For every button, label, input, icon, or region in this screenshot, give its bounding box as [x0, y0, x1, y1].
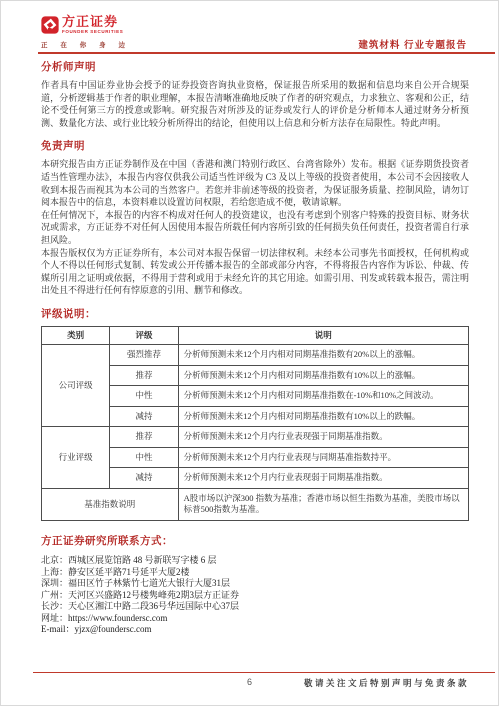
table-row: 基准指数说明 A股市场以沪深300 指数为基准；香港市场以恒生指数为基准，美股市… [42, 488, 469, 520]
category-cell-benchmark: 基准指数说明 [42, 488, 179, 520]
rating-cell: 减持 [110, 468, 178, 489]
contact-line-website: 网址：https://www.foundersc.com [41, 613, 469, 625]
rating-table-header-category: 类别 [42, 326, 110, 345]
slogan-char: 身 [99, 40, 106, 49]
table-row: 行业评级 推荐 分析师预测未来12个月内行业表现强于同期基准指数。 [42, 427, 469, 448]
founder-securities-logo-icon [41, 16, 59, 34]
brand-name-en: FOUNDER SECURITIES [62, 29, 123, 35]
page-footer: 6 敬请关注文后特别声明与免责条款 [1, 677, 498, 691]
slogan-char: 你 [80, 40, 87, 49]
disclaimer-title: 免责声明 [41, 138, 469, 153]
rating-cell: 推荐 [110, 427, 178, 448]
contact-line-changsha: 长沙：天心区湘江中路二段36号华远国际中心37层 [41, 601, 469, 613]
report-category-tag: 建筑材料 行业专题报告 [358, 37, 467, 51]
rating-cell: 推荐 [110, 365, 178, 386]
contact-line-shenzhen: 深圳：福田区竹子林紫竹七道光大银行大厦31层 [41, 578, 469, 590]
desc-cell: 分析师预测未来12个月内行业表现与同期基准指数持平。 [178, 447, 468, 468]
brand-name-cn: 方正证券 [62, 15, 123, 29]
desc-cell: 分析师预测未来12个月内相对同期基准指数有10%以上的跌幅。 [178, 406, 468, 427]
category-cell-industry: 行业评级 [42, 427, 110, 489]
table-row: 公司评级 强烈推荐 分析师预测未来12个月内相对同期基准指数有20%以上的涨幅。 [42, 345, 469, 366]
rating-table-header-rating: 评级 [110, 326, 178, 345]
desc-cell: 分析师预测未来12个月内行业表现强于同期基准指数。 [178, 427, 468, 448]
disclaimer-paragraph-2: 在任何情况下，本报告的内容不构成对任何人的投资建议，也没有考虑到个别客户特殊的投… [41, 209, 469, 247]
disclaimer-paragraph-3: 本报告版权仅为方正证券所有，本公司对本报告保留一切法律权利。未经本公司事先书面授… [41, 247, 469, 297]
desc-cell: 分析师预测未来12个月内相对同期基准指数在-10%和10%之间波动。 [178, 386, 468, 407]
brand-slogan: 正 在 你 身 边 [41, 40, 125, 49]
category-cell-company: 公司评级 [42, 345, 110, 427]
rating-section-title: 评级说明： [41, 306, 469, 321]
contacts-title: 方正证券研究所联系方式： [41, 533, 469, 548]
desc-cell: A股市场以沪深300 指数为基准；香港市场以恒生指数为基准，美股市场以标普500… [178, 488, 468, 520]
footer-disclaimer-note: 敬请关注文后特别声明与免责条款 [304, 677, 469, 689]
slogan-char: 在 [60, 40, 67, 49]
rating-table-header-row: 类别 评级 说明 [42, 326, 469, 345]
desc-cell: 分析师预测未来12个月内相对同期基准指数有10%以上的涨幅。 [178, 365, 468, 386]
analyst-statement-body: 作者具有中国证券业协会授予的证券投资咨询执业资格，保证报告所采用的数据和信息均来… [41, 79, 469, 129]
contact-line-guangzhou: 广州：天河区兴盛路12号楼隽峰苑2期3层方正证券 [41, 590, 469, 602]
rating-cell: 中性 [110, 386, 178, 407]
rating-table: 类别 评级 说明 公司评级 强烈推荐 分析师预测未来12个月内相对同期基准指数有… [41, 326, 469, 521]
contact-line-shanghai: 上海：静安区延平路71号延平大厦2楼 [41, 567, 469, 579]
page-content: 分析师声明 作者具有中国证券业协会授予的证券投资咨询执业资格，保证报告所采用的数… [41, 53, 469, 636]
page-header: 方正证券 FOUNDER SECURITIES 正 在 你 身 边 建筑材料 行… [1, 1, 498, 53]
footer-divider-line [33, 672, 495, 674]
desc-cell: 分析师预测未来12个月内相对同期基准指数有20%以上的涨幅。 [178, 345, 468, 366]
contact-line-email: E-mail：yjzx@foundersc.com [41, 624, 469, 636]
desc-cell: 分析师预测未来12个月内行业表现弱于同期基准指数。 [178, 468, 468, 489]
rating-table-header-desc: 说明 [178, 326, 468, 345]
analyst-statement-title: 分析师声明 [41, 59, 469, 74]
report-page: 方正证券 FOUNDER SECURITIES 正 在 你 身 边 建筑材料 行… [0, 0, 499, 706]
disclaimer-paragraph-1: 本研究报告由方正证券制作及在中国（香港和澳门特别行政区、台湾省除外）发布。根据《… [41, 158, 469, 208]
rating-cell: 减持 [110, 406, 178, 427]
contact-line-beijing: 北京：西城区展览馆路 48 号新联写字楼 6 层 [41, 555, 469, 567]
rating-cell: 强烈推荐 [110, 345, 178, 366]
rating-cell: 中性 [110, 447, 178, 468]
brand-block: 方正证券 FOUNDER SECURITIES 正 在 你 身 边 [41, 15, 127, 49]
slogan-char: 正 [41, 40, 48, 49]
slogan-char: 边 [119, 40, 126, 49]
